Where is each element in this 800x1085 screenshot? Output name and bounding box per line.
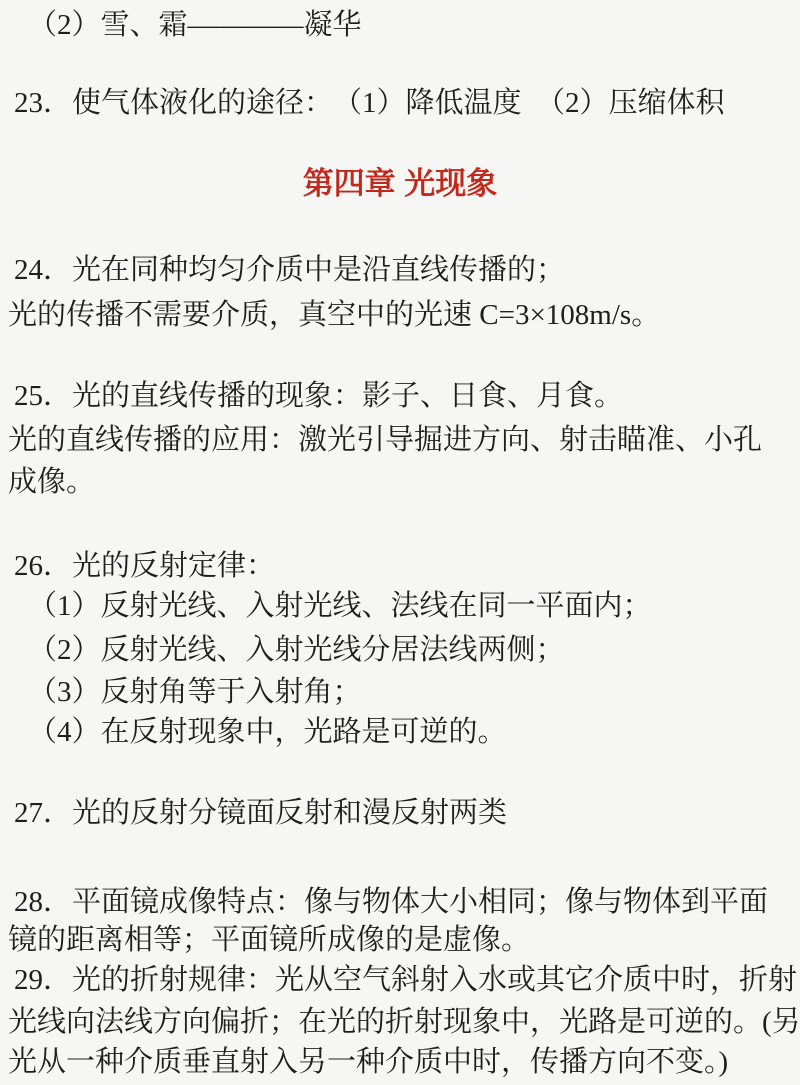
chapter-heading: 第四章 光现象 [0, 166, 800, 202]
item-27-line: 27．光的反射分镜面反射和漫反射两类 [14, 795, 507, 831]
item-24-line-1: 24．光在同种均匀介质中是沿直线传播的； [14, 252, 565, 288]
item-29-line-3: 光从一种介质垂直射入另一种介质中时，传播方向不变。) [8, 1044, 728, 1080]
item-22-sub-line: （2）雪、霜————凝华 [28, 7, 362, 43]
item-24-line-2: 光的传播不需要介质，真空中的光速 C=3×108m/s。 [8, 297, 660, 333]
item-26-sub-4: （4）在反射现象中，光路是可逆的。 [28, 714, 507, 750]
notes-page: （2）雪、霜————凝华 23．使气体液化的途径： （1）降低温度 （2）压缩体… [0, 0, 800, 1085]
item-25-line-3: 成像。 [8, 464, 95, 500]
item-23-line: 23．使气体液化的途径： （1）降低温度 （2）压缩体积 [14, 85, 725, 121]
item-26-sub-1: （1）反射光线、入射光线、法线在同一平面内； [28, 588, 652, 624]
item-29-line-1: 29．光的折射规律：光从空气斜射入水或其它介质中时，折射 [14, 962, 797, 998]
item-26-line-1: 26．光的反射定律： [14, 548, 275, 584]
item-25-line-1: 25．光的直线传播的现象：影子、日食、月食。 [14, 378, 623, 414]
item-26-sub-2: （2）反射光线、入射光线分居法线两侧； [28, 632, 565, 668]
item-29-line-2: 光线向法线方向偏折；在光的折射现象中，光路是可逆的。(另： [8, 1004, 800, 1040]
item-25-line-2: 光的直线传播的应用：激光引导掘进方向、射击瞄准、小孔 [8, 422, 762, 458]
item-26-sub-3: （3）反射角等于入射角； [28, 674, 362, 710]
item-28-line-2: 镜的距离相等；平面镜所成像的是虚像。 [8, 922, 530, 958]
item-28-line-1: 28．平面镜成像特点：像与物体大小相同；像与物体到平面 [14, 884, 768, 920]
